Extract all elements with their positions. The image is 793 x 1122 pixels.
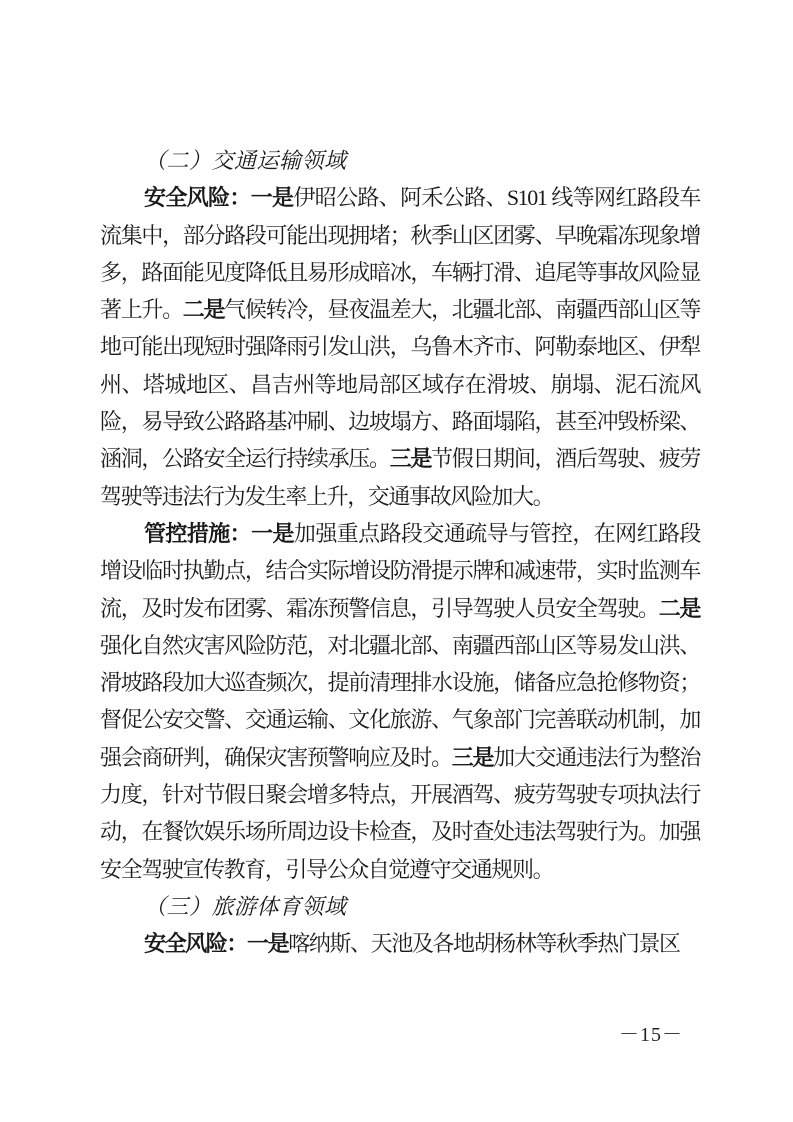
bold-run: 一是	[251, 185, 294, 210]
body-paragraph: 管控措施：一是加强重点路段交通疏导与管控，在网红路段增设临时执勤点，结合实际增设…	[100, 515, 700, 888]
bold-run: 二是	[659, 596, 700, 621]
document-page: （二）交通运输领域安全风险：一是伊昭公路、阿禾公路、S101 线等网红路段车流集…	[0, 0, 793, 1122]
section-heading: （三）旅游体育领域	[100, 888, 700, 925]
text-run: 喀纳斯、天池及各地胡杨林等秋季热门景区	[288, 931, 679, 956]
bold-run: 二是	[183, 297, 224, 322]
body-paragraph: 安全风险：一是伊昭公路、阿禾公路、S101 线等网红路段车流集中，部分路段可能出…	[100, 179, 700, 515]
bold-run: 安全风险：	[144, 185, 251, 210]
bold-run: 管控措施：	[144, 521, 251, 546]
bold-run: 三是	[390, 446, 431, 471]
page-number: －15－	[619, 1018, 683, 1047]
bold-run: 安全风险：	[144, 931, 247, 956]
bold-run: 一是	[251, 521, 294, 546]
section-heading: （二）交通运输领域	[100, 142, 700, 179]
bold-run: 一是	[247, 931, 288, 956]
body-paragraph: 安全风险：一是喀纳斯、天池及各地胡杨林等秋季热门景区	[100, 925, 700, 962]
document-body: （二）交通运输领域安全风险：一是伊昭公路、阿禾公路、S101 线等网红路段车流集…	[100, 142, 700, 963]
text-run: （二）交通运输领域	[144, 148, 347, 173]
text-run: （三）旅游体育领域	[144, 894, 347, 919]
bold-run: 三是	[452, 745, 493, 770]
